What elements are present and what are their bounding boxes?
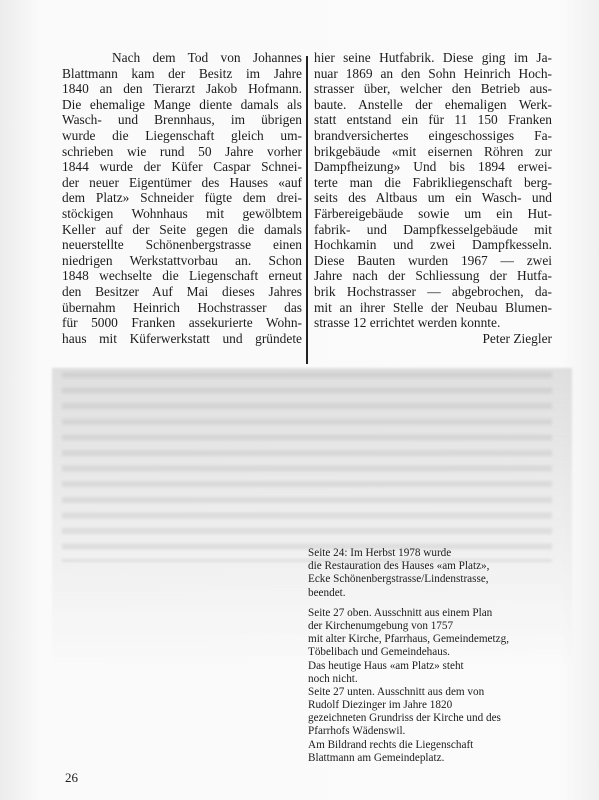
text-line: niedrigen Werkstattvorbau an. Schon (62, 253, 302, 269)
text-line: 1840 an den Tierarzt Jakob Hofmann. (62, 81, 302, 97)
text-line: übernahm Heinrich Hochstrasser das (62, 300, 302, 316)
text-line: baute. Anstelle der ehemaligen Werk- (314, 97, 552, 113)
text-line: der neuer Eigentümer des Hauses «auf (62, 175, 302, 191)
caption-line: Seite 27 unten. Ausschnitt aus dem von (308, 686, 548, 699)
caption-line: Rudolf Diezinger im Jahre 1820 (308, 699, 548, 712)
caption-line: Seite 27 oben. Ausschnitt aus einem Plan (308, 607, 548, 620)
text-line: dem Platz» Schneider fügte dem drei- (62, 190, 302, 206)
text-line: Nach dem Tod von Johannes (62, 50, 302, 66)
text-line: 1848 wechselte die Liegenschaft erneut (62, 268, 302, 284)
text-line: Dampfheizung» Und bis 1894 erwei- (314, 159, 552, 175)
caption-line: gezeichneten Grundriss der Kirche und de… (308, 712, 548, 725)
text-line: brikgebäude «mit eisernen Röhren zur (314, 144, 552, 160)
text-line: Jahre nach der Schliessung der Hutfa- (314, 268, 552, 284)
text-line: strasser über, welcher den Betrieb aus- (314, 81, 552, 97)
caption-line: Töbelibach und Gemeindehaus. (308, 646, 548, 659)
text-line: terte man die Fabrikliegenschaft berg- (314, 175, 552, 191)
text-line: Keller auf der Seite gegen die damals (62, 222, 302, 238)
text-line: Diese Bauten wurden 1967 — zwei (314, 253, 552, 269)
image-caption: Seite 24: Im Herbst 1978 wurde die Resta… (308, 547, 548, 765)
caption-line: Das heutige Haus «am Platz» steht (308, 660, 548, 673)
text-line: brik Hochstrasser — abgebrochen, da- (314, 284, 552, 300)
text-line: stöckigen Wohnhaus mit gewölbtem (62, 206, 302, 222)
page-number: 26 (65, 770, 78, 786)
text-line: Wasch- und Brennhaus, im übrigen (62, 112, 302, 128)
author-signature: Peter Ziegler (314, 331, 552, 347)
caption-line: noch nicht. (308, 673, 548, 686)
caption-line: Blattmann am Gemeindeplatz. (308, 752, 548, 765)
text-line: nuar 1869 an den Sohn Heinrich Hoch- (314, 66, 552, 82)
caption-line: die Restauration des Hauses «am Platz», (308, 560, 548, 573)
right-text-column: hier seine Hutfabrik. Diese ging im Ja- … (314, 50, 552, 346)
text-line: Hochkamin und zwei Dampfkesseln. (314, 237, 552, 253)
text-line: den Besitzer Auf Mai dieses Jahres (62, 284, 302, 300)
text-line: hier seine Hutfabrik. Diese ging im Ja- (314, 50, 552, 66)
text-line: wurde die Liegenschaft gleich um- (62, 128, 302, 144)
text-line: neuerstellte Schönenbergstrasse einen (62, 237, 302, 253)
caption-line: Am Bildrand rechts die Liegenschaft (308, 739, 548, 752)
column-divider (306, 56, 308, 364)
text-line: brandversichertes eingeschossiges Fa- (314, 128, 552, 144)
text-line: seits des Altbaus um ein Wasch- und (314, 190, 552, 206)
left-text-column: Nach dem Tod von Johannes Blattmann kam … (62, 50, 302, 346)
text-line: Blattmann kam der Besitz im Jahre (62, 66, 302, 82)
caption-line: der Kirchenumgebung von 1757 (308, 620, 548, 633)
bleed-through-text (62, 372, 552, 562)
text-line: für 5000 Franken assekurierte Wohn- (62, 315, 302, 331)
caption-line: beendet. (308, 587, 548, 600)
text-line: schrieben wie rund 50 Jahre vorher (62, 144, 302, 160)
text-line: strasse 12 errichtet werden konnte. (314, 315, 552, 331)
text-line: Die ehemalige Mange diente damals als (62, 97, 302, 113)
text-line: statt entstand ein für 11 150 Franken (314, 112, 552, 128)
caption-line: Ecke Schönenbergstrasse/Lindenstrasse, (308, 573, 548, 586)
caption-line: Pfarrhofs Wädenswil. (308, 725, 548, 738)
text-line: Färbereigebäude sowie um ein Hut- (314, 206, 552, 222)
text-line: 1844 wurde der Küfer Caspar Schnei- (62, 159, 302, 175)
caption-line: mit alter Kirche, Pfarrhaus, Gemeindemet… (308, 633, 548, 646)
caption-line: Seite 24: Im Herbst 1978 wurde (308, 547, 548, 560)
text-line: fabrik- und Dampfkesselgebäude mit (314, 222, 552, 238)
text-line: mit an ihrer Stelle der Neubau Blumen- (314, 300, 552, 316)
text-line: haus mit Küferwerkstatt und gründete (62, 331, 302, 347)
